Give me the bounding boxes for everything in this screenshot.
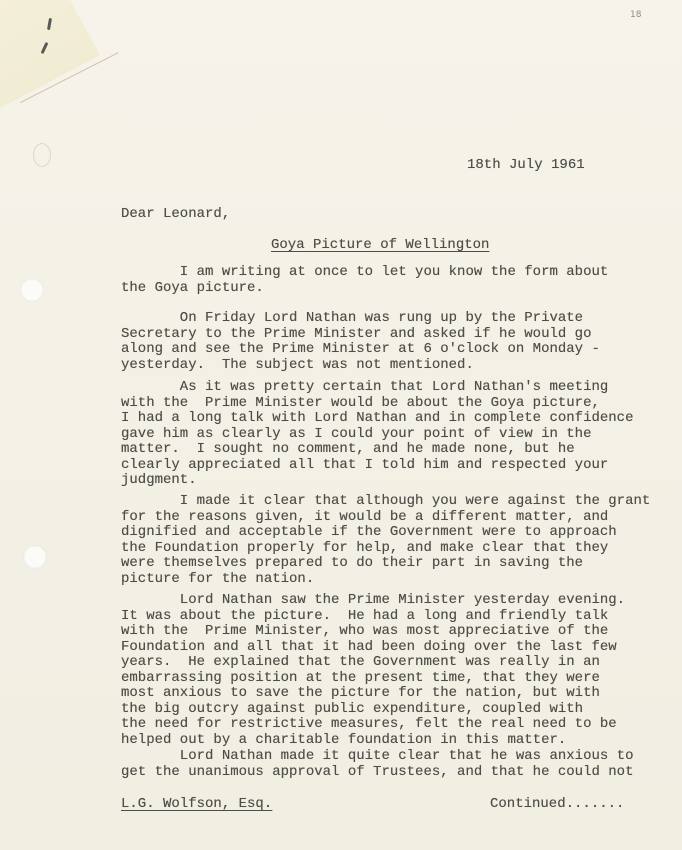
folded-corner (0, 0, 100, 110)
punch-hole (20, 278, 44, 302)
paragraph: On Friday Lord Nathan was rung up by the… (121, 311, 600, 373)
paragraph: Lord Nathan saw the Prime Minister yeste… (121, 593, 625, 748)
paragraph: I made it clear that although you were a… (121, 494, 650, 587)
paragraph: Lord Nathan made it quite clear that he … (121, 749, 633, 780)
continued-note: Continued....... (490, 797, 624, 813)
letter-date: 18th July 1961 (467, 158, 585, 174)
letter-page: 18 18th July 1961 Dear Leonard, Goya Pic… (0, 0, 682, 850)
punch-hole-mark (33, 143, 51, 167)
punch-hole (23, 545, 47, 569)
page-number: 18 (630, 10, 641, 20)
paragraph: I am writing at once to let you know the… (121, 265, 608, 296)
paragraph: As it was pretty certain that Lord Natha… (121, 380, 633, 489)
letter-subject-title: Goya Picture of Wellington (271, 238, 489, 254)
salutation: Dear Leonard, (121, 207, 230, 223)
addressee: L.G. Wolfson, Esq. (121, 797, 272, 813)
